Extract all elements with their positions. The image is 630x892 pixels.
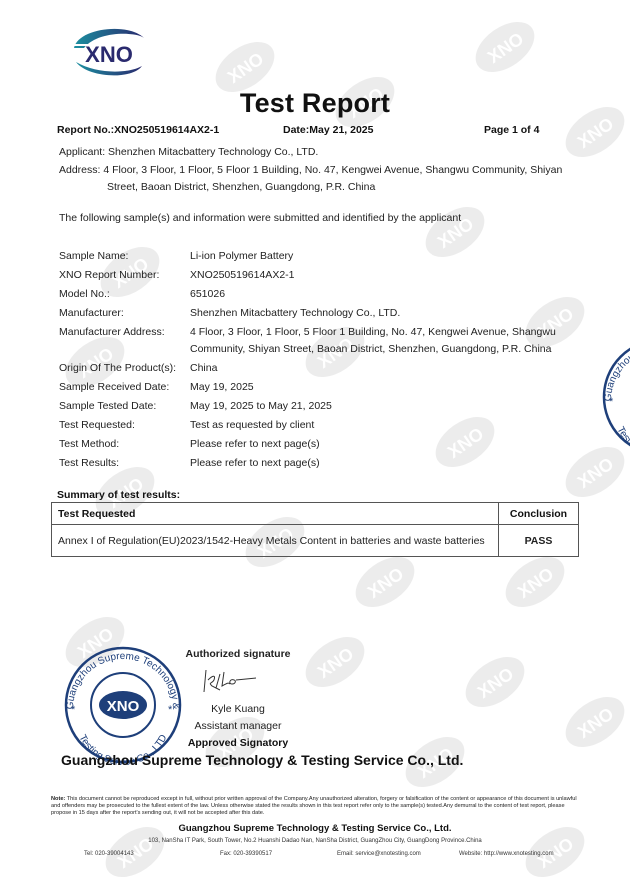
- info-value: May 19, 2025: [190, 379, 579, 396]
- footer-fax: Fax: 020-39390517: [220, 851, 272, 857]
- xno-logo: XNO: [68, 22, 150, 82]
- info-label: Manufacturer Address:: [59, 324, 190, 358]
- svg-text:XNO: XNO: [107, 698, 140, 715]
- address-label: Address:: [59, 164, 100, 176]
- info-value-line: Test as requested by client: [190, 417, 579, 434]
- info-value: 4 Floor, 3 Floor, 1 Floor, 5 Floor 1 Bui…: [190, 324, 579, 358]
- report-number: Report No.:XNO250519614AX2-1: [57, 124, 219, 136]
- info-label: Test Method:: [59, 436, 190, 453]
- table-row: Annex I of Regulation(EU)2023/1542-Heavy…: [52, 525, 579, 557]
- info-value-line: May 19, 2025: [190, 379, 579, 396]
- approved-signatory-label: Approved Signatory: [178, 737, 298, 749]
- footer-tel: Tel: 020-39004143: [84, 851, 134, 857]
- info-value-line: Li-ion Polymer Battery: [190, 248, 579, 265]
- legal-note: Note: This document cannot be reproduced…: [51, 796, 581, 817]
- info-value-line: Please refer to next page(s): [190, 455, 579, 472]
- footer-website[interactable]: Website: http://www.xnotesting.com: [459, 851, 554, 857]
- intro-statement: The following sample(s) and information …: [59, 210, 461, 227]
- applicant-line: Applicant: Shenzhen Mitacbattery Technol…: [59, 144, 318, 161]
- handwritten-signature: [198, 666, 268, 694]
- address-line-1: 4 Floor, 3 Floor, 1 Floor, 5 Floor 1 Bui…: [103, 164, 562, 176]
- info-row: XNO Report Number:XNO250519614AX2-1: [59, 267, 579, 284]
- signatory-name: Kyle Kuang: [178, 703, 298, 715]
- info-row: Manufacturer Address:4 Floor, 3 Floor, 1…: [59, 324, 579, 358]
- info-value: Shenzhen Mitacbattery Technology Co., LT…: [190, 305, 579, 322]
- info-label: Origin Of The Product(s):: [59, 360, 190, 377]
- company-stamp-partial: Guangzhou Supreme Technology & Testing S…: [596, 335, 630, 457]
- info-row: Origin Of The Product(s):China: [59, 360, 579, 377]
- info-row: Test Method:Please refer to next page(s): [59, 436, 579, 453]
- header-conclusion: Conclusion: [499, 503, 579, 525]
- info-label: Sample Tested Date:: [59, 398, 190, 415]
- info-value: Test as requested by client: [190, 417, 579, 434]
- info-value-line: Community, Shiyan Street, Baoan District…: [190, 341, 579, 358]
- info-row: Test Results:Please refer to next page(s…: [59, 455, 579, 472]
- footer-address: 103, NanSha IT Park, South Tower, No.2 H…: [0, 838, 630, 844]
- address-line-2: Street, Baoan District, Shenzhen, Guangd…: [59, 179, 579, 196]
- applicant-address: Address: 4 Floor, 3 Floor, 1 Floor, 5 Fl…: [59, 162, 579, 196]
- info-value-line: China: [190, 360, 579, 377]
- info-label: Model No.:: [59, 286, 190, 303]
- info-label: Sample Received Date:: [59, 379, 190, 396]
- signature-title: Authorized signature: [178, 648, 298, 660]
- info-value-line: Shenzhen Mitacbattery Technology Co., LT…: [190, 305, 579, 322]
- info-row: Test Requested:Test as requested by clie…: [59, 417, 579, 434]
- info-row: Sample Name:Li-ion Polymer Battery: [59, 248, 579, 265]
- info-value: May 19, 2025 to May 21, 2025: [190, 398, 579, 415]
- info-value: China: [190, 360, 579, 377]
- info-label: Manufacturer:: [59, 305, 190, 322]
- svg-text:*: *: [609, 396, 614, 408]
- info-value: Please refer to next page(s): [190, 436, 579, 453]
- issuing-company: Guangzhou Supreme Technology & Testing S…: [61, 752, 463, 768]
- note-label: Note:: [51, 796, 65, 802]
- svg-text:*: *: [71, 704, 76, 716]
- info-row: Model No.:651026: [59, 286, 579, 303]
- info-value-line: 651026: [190, 286, 579, 303]
- svg-text:Testing Service Co., LTD: Testing Service Co., LTD: [615, 425, 630, 457]
- header-test-requested: Test Requested: [52, 503, 499, 525]
- signatory-role: Assistant manager: [178, 720, 298, 732]
- conclusion-cell: PASS: [499, 525, 579, 557]
- summary-header-row: Test Requested Conclusion: [52, 503, 579, 525]
- info-row: Sample Tested Date:May 19, 2025 to May 2…: [59, 398, 579, 415]
- info-label: Test Requested:: [59, 417, 190, 434]
- info-value: Please refer to next page(s): [190, 455, 579, 472]
- page-indicator: Page 1 of 4: [484, 124, 539, 136]
- info-value-line: XNO250519614AX2-1: [190, 267, 579, 284]
- test-requested-cell: Annex I of Regulation(EU)2023/1542-Heavy…: [52, 525, 499, 557]
- info-value-line: Please refer to next page(s): [190, 436, 579, 453]
- info-label: Test Results:: [59, 455, 190, 472]
- footer-email[interactable]: Email: service@xnotesting.com: [337, 851, 421, 857]
- report-date: Date:May 21, 2025: [283, 124, 373, 136]
- footer-company: Guangzhou Supreme Technology & Testing S…: [0, 823, 630, 834]
- summary-table: Test Requested Conclusion Annex I of Reg…: [51, 502, 579, 557]
- info-value-line: 4 Floor, 3 Floor, 1 Floor, 5 Floor 1 Bui…: [190, 324, 579, 341]
- info-value: 651026: [190, 286, 579, 303]
- info-row: Manufacturer:Shenzhen Mitacbattery Techn…: [59, 305, 579, 322]
- info-value-line: May 19, 2025 to May 21, 2025: [190, 398, 579, 415]
- svg-text:*: *: [168, 704, 173, 716]
- info-value: XNO250519614AX2-1: [190, 267, 579, 284]
- summary-heading: Summary of test results:: [57, 489, 180, 501]
- note-text: This document cannot be reproduced excep…: [51, 796, 577, 816]
- info-label: Sample Name:: [59, 248, 190, 265]
- svg-text:XNO: XNO: [85, 42, 133, 67]
- info-value: Li-ion Polymer Battery: [190, 248, 579, 265]
- info-label: XNO Report Number:: [59, 267, 190, 284]
- sample-info-list: Sample Name:Li-ion Polymer BatteryXNO Re…: [59, 248, 579, 474]
- page-title: Test Report: [0, 88, 630, 119]
- company-stamp: XNO Guangzhou Supreme Technology & Testi…: [58, 643, 188, 765]
- info-row: Sample Received Date:May 19, 2025: [59, 379, 579, 396]
